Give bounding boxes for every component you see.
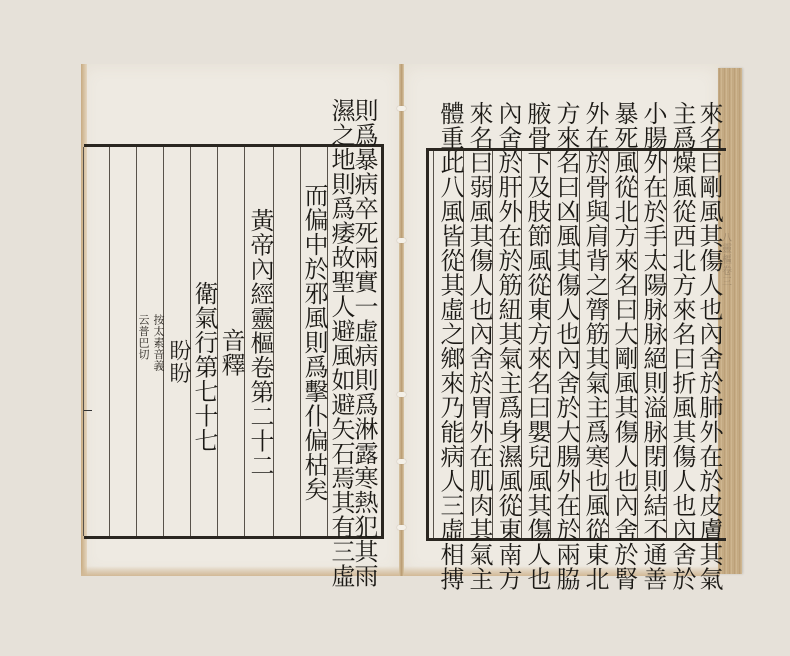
column-text: 來名曰弱風其傷人也內舍於胃外在肌肉其氣主 [464,99,493,591]
column-text: 體重此八風皆從其虛之鄉來乃能病人三虛相搏 [435,99,464,591]
column-text: 腋骨下及肢節風從東方來名曰嬰兒風其傷人也 [522,99,551,591]
text-column-blank [84,147,109,536]
text-column: 暴死風從北方來名曰大剛風其傷人也內舍於腎 [608,151,638,538]
section-label-column: 音釋 [217,147,245,536]
text-column-blank [109,147,137,536]
text-column: 體重此八風皆從其虛之鄉來乃能病人三虛相搏 [433,151,464,538]
column-text: 主爲燥風從西北方來名曰折風其傷人也內舍於 [667,99,696,591]
column-text: 暴死風從北方來名曰大剛風其傷人也內舍於腎 [609,99,638,591]
column-text: 外在於骨與肩背之膂筋其氣主爲寒也風從東北 [580,99,609,591]
text-column: 來名曰剛風其傷人也內舍於肺外在於皮膚其氣 [695,151,723,538]
column-text: 濕之地則爲痿故聖人避風如避矢石焉其有三虛 [326,96,355,588]
margin-mark [84,410,92,411]
chapter-heading-column: 衛氣行第七十七 [190,147,218,536]
text-column: 濕之地則爲痿故聖人避風如避矢石焉其有三虛 [327,147,355,536]
binding-stitch [397,238,406,243]
text-column: 來名曰弱風其傷人也內舍於胃外在肌肉其氣主 [463,151,493,538]
right-text-frame: 來名曰剛風其傷人也內舍於肺外在於皮膚其氣 主爲燥風從西北方來名曰折風其傷人也內舍… [426,148,726,541]
column-rule [83,147,84,536]
book-title-column: 黃帝內經靈樞卷第二十二 [244,147,274,536]
text-column-blank [136,147,164,536]
gloss-word: 盼盼 [165,339,191,384]
text-column: 內舍於肝外在於筋紐其氣主爲身濕風從東南方 [492,151,522,538]
text-column: 外在於骨與肩背之膂筋其氣主爲寒也風從東北 [579,151,609,538]
column-text: 而偏中於邪風則爲擊仆偏枯矣 [299,181,328,502]
binding-stitch [397,459,406,464]
column-text: 方來名曰凶風其傷人也內舍於大腸外在於兩脇 [551,99,580,591]
gloss-entry: 盼盼 [165,299,191,384]
gloss-column: 盼盼 按太素音義 云普巴切 [163,147,191,536]
section-label: 音釋 [216,306,245,377]
binding-stitch [397,106,406,111]
book-title: 黃帝內經靈樞卷第二十二 [245,206,274,478]
binding-stitch [397,392,406,397]
text-column: 小腸外在於手太陽脉脉絕則溢脉閉則結不通善 [637,151,667,538]
chapter-heading: 衛氣行第七十七 [189,231,218,453]
binding-stitch [397,525,406,530]
text-column: 方來名曰凶風其傷人也內舍於大腸外在於兩脇 [550,151,580,538]
text-column: 主爲燥風從西北方來名曰折風其傷人也內舍於 [666,151,696,538]
book-gutter [399,64,404,576]
text-column: 則爲暴病卒死兩實一虛病則爲淋露寒熱犯其雨 [354,147,378,536]
left-text-frame: 則爲暴病卒死兩實一虛病則爲淋露寒熱犯其雨 濕之地則爲痿故聖人避風如避矢石焉其有三… [84,144,384,539]
column-text: 內舍於肝外在於筋紐其氣主爲身濕風從東南方 [493,99,522,591]
column-text: 小腸外在於手太陽脉脉絕則溢脉閉則結不通善 [638,99,667,591]
column-text: 來名曰剛風其傷人也內舍於肺外在於皮膚其氣 [694,99,723,591]
open-book: 八靈樞卷三 則爲暴病卒死兩實一虛病則爲淋露寒熱犯其雨 濕之地則爲痿故聖人避風如避… [0,0,790,656]
text-column: 而偏中於邪風則爲擊仆偏枯矣 [300,147,328,536]
text-column: 腋骨下及肢節風從東方來名曰嬰兒風其傷人也 [521,151,551,538]
text-column-blank [273,147,301,536]
